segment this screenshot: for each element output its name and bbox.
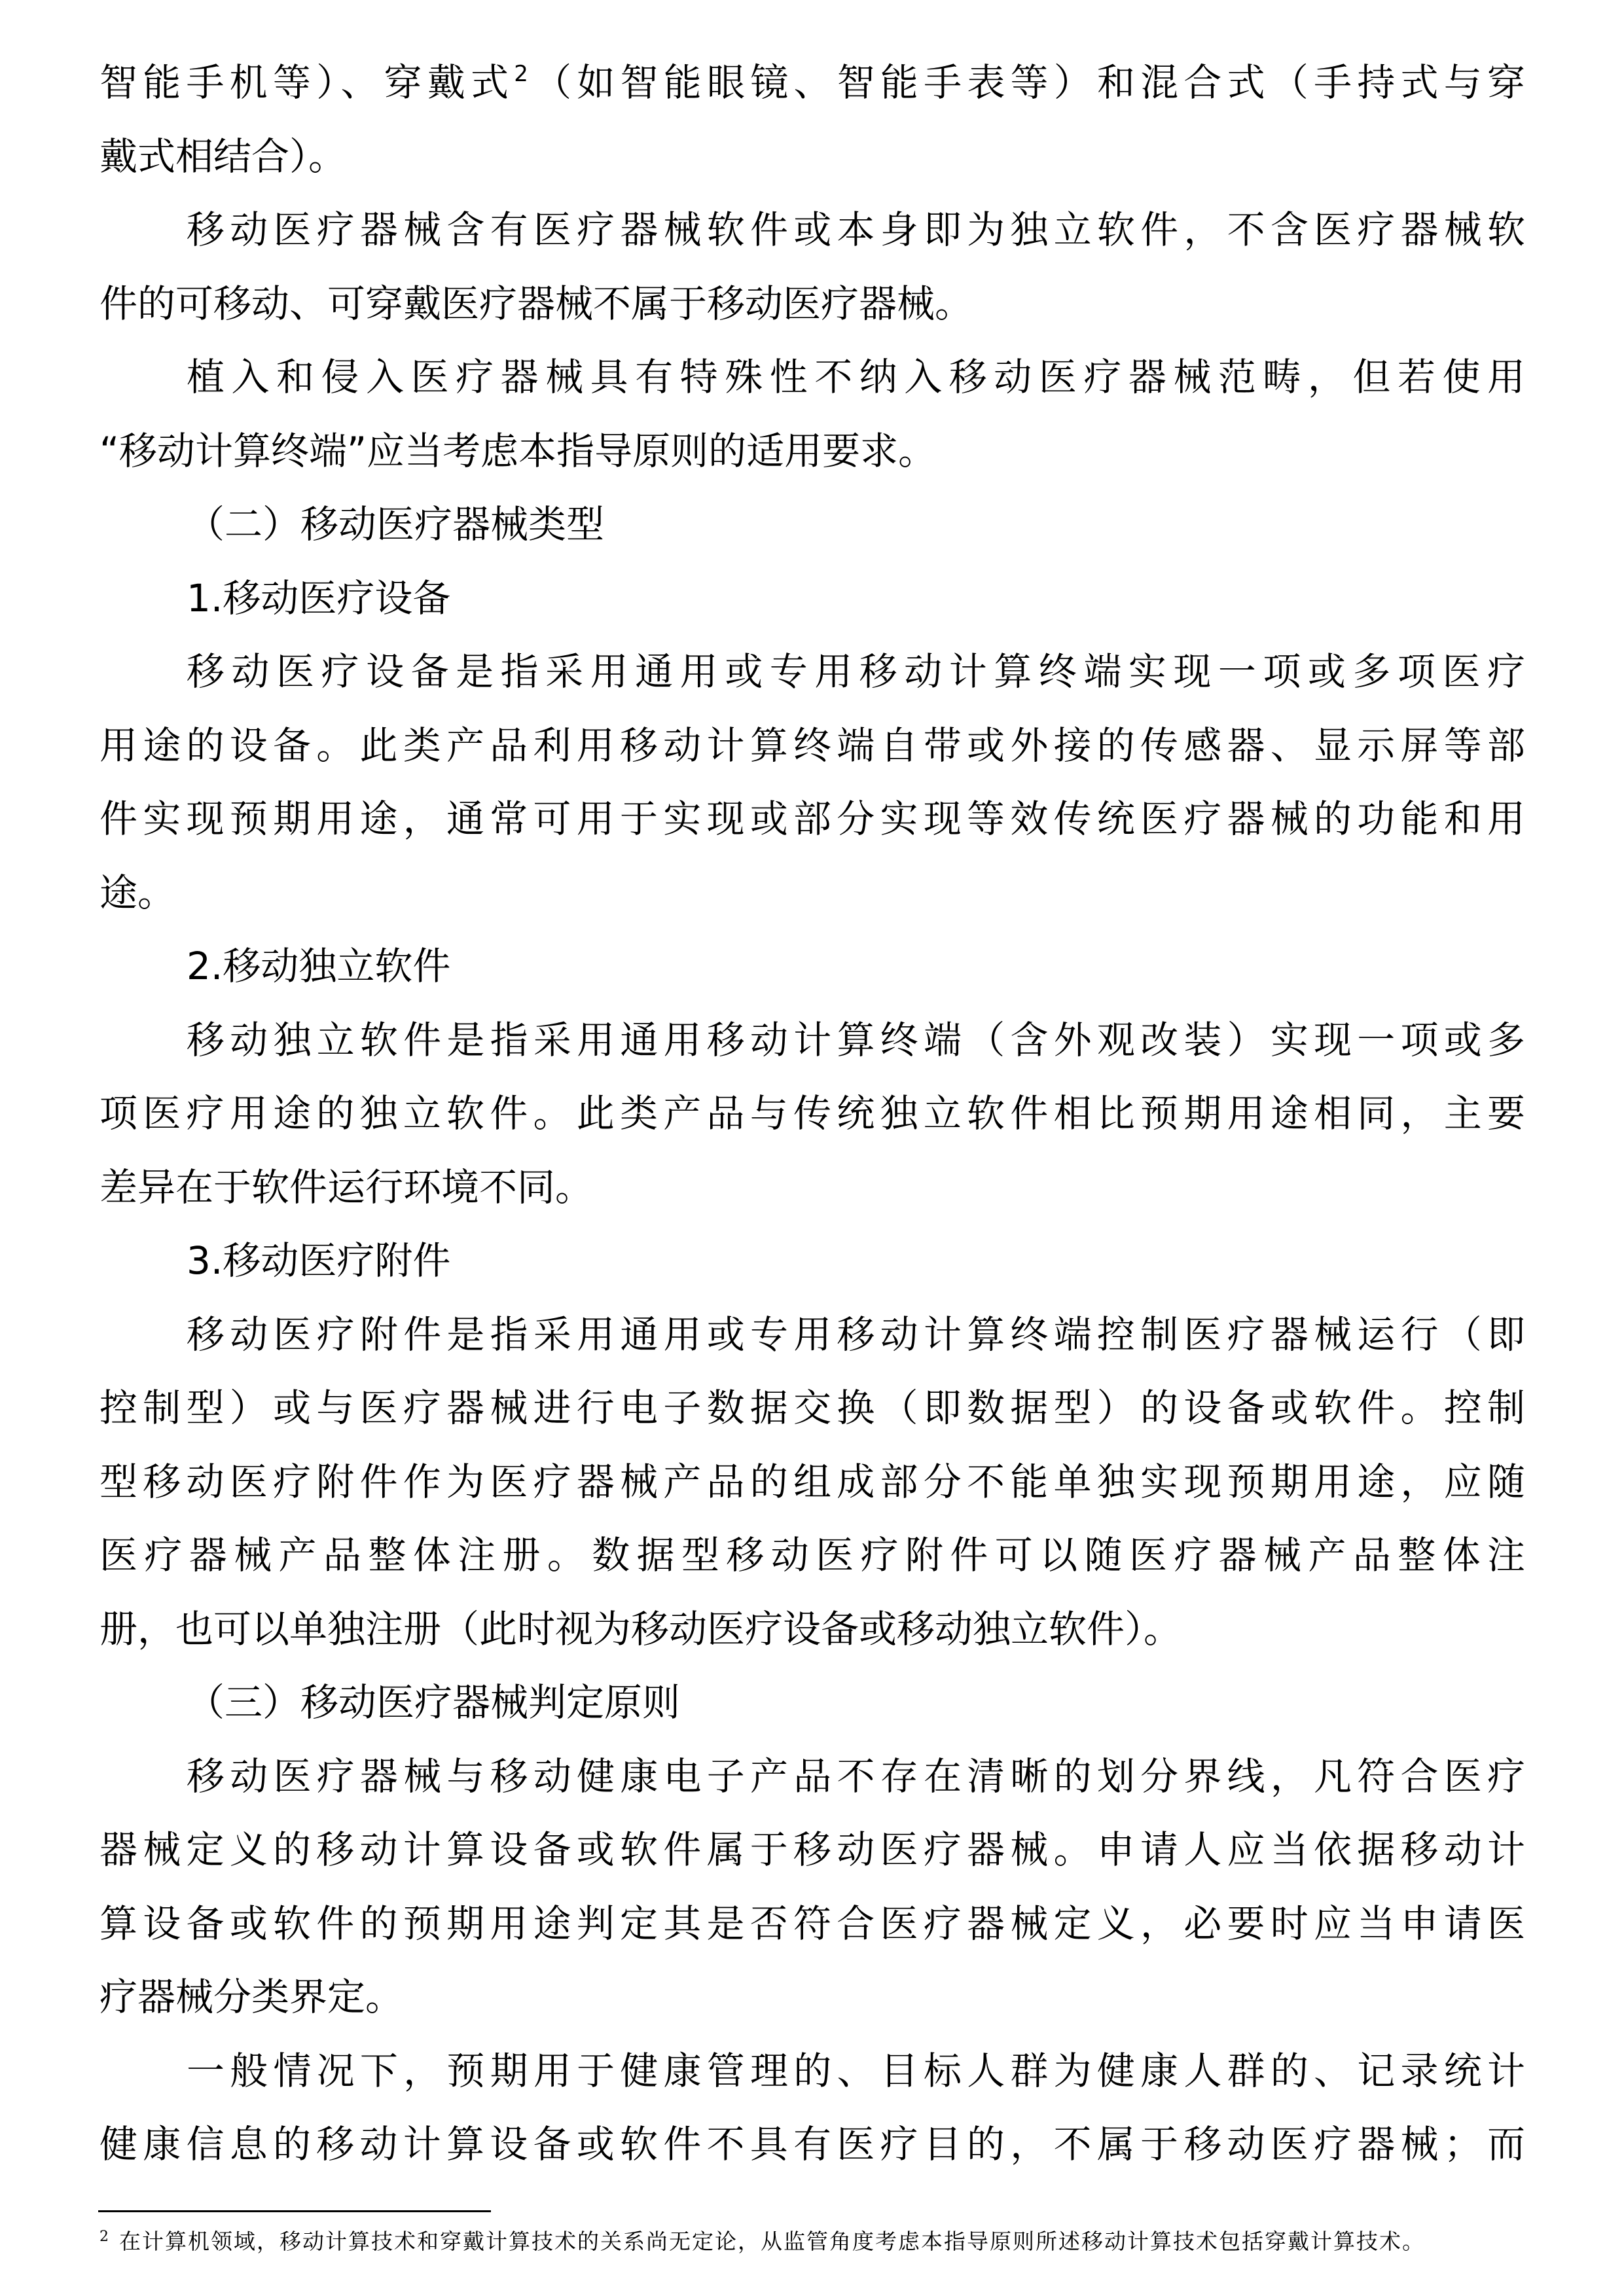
text-line: 控制型）或与医疗器械进行电子数据交换（即数据型）的设备或软件。控制 [99,1371,1525,1445]
text-line: 用途的设备。此类产品利用移动计算终端自带或外接的传感器、显示屏等部 [99,709,1525,783]
body-text: 智能手机等）、穿戴式2（如智能眼镜、智能手表等）和混合式（手持式与穿 戴式相结合… [99,46,1525,2181]
footnote-separator [98,2210,491,2212]
text-line: 件实现预期用途，通常可用于实现或部分实现等效传统医疗器械的功能和用 [99,782,1525,856]
text-segment: （如智能眼镜、智能手表等）和混合式（手持式与穿 [528,60,1525,105]
paragraph-start-line: 移动医疗器械与移动健康电子产品不存在清晰的划分界线，凡符合医疗 [99,1740,1525,1814]
text-line: 器械定义的移动计算设备或软件属于移动医疗器械。申请人应当依据移动计 [99,1813,1525,1887]
text-line: 型移动医疗附件作为医疗器械产品的组成部分不能单独实现预期用途，应随 [99,1445,1525,1519]
footnote-marker: 2 [99,2229,110,2245]
text-line: 健康信息的移动计算设备或软件不具有医疗目的，不属于移动医疗器械；而 [99,2108,1525,2181]
text-line: 戴式相结合）。 [99,120,1525,194]
document-page: 智能手机等）、穿戴式2（如智能眼镜、智能手表等）和混合式（手持式与穿 戴式相结合… [0,0,1624,2296]
paragraph-start-line: 移动医疗附件是指采用通用或专用移动计算终端控制医疗器械运行（即 [99,1298,1525,1372]
footnote: 2在计算机领域，移动计算技术和穿戴计算技术的关系尚无定论，从监管角度考虑本指导原… [99,2225,1540,2258]
text-line: 疗器械分类界定。 [99,1960,1525,2034]
text-line: 项医疗用途的独立软件。此类产品与传统独立软件相比预期用途相同，主要 [99,1077,1525,1151]
text-line: 途。 [99,856,1525,930]
paragraph-start-line: 移动医疗设备是指采用通用或专用移动计算终端实现一项或多项医疗 [99,635,1525,709]
subsection-heading: 2.移动独立软件 [99,929,1525,1003]
paragraph-start-line: 移动独立软件是指采用通用移动计算终端（含外观改装）实现一项或多 [99,1003,1525,1077]
paragraph-start-line: 移动医疗器械含有医疗器械软件或本身即为独立软件，不含医疗器械软 [99,193,1525,267]
text-segment: 智能手机等）、穿戴式 [99,60,514,105]
text-line: 智能手机等）、穿戴式2（如智能眼镜、智能手表等）和混合式（手持式与穿 [99,46,1525,120]
text-line: 册，也可以单独注册（此时视为移动医疗设备或移动独立软件）。 [99,1592,1525,1666]
paragraph-start-line: 植入和侵入医疗器械具有特殊性不纳入移动医疗器械范畴，但若使用 [99,340,1525,414]
subsection-heading: 1.移动医疗设备 [99,562,1525,636]
text-line: 算设备或软件的预期用途判定其是否符合医疗器械定义，必要时应当申请医 [99,1887,1525,1961]
text-line: 医疗器械产品整体注册。数据型移动医疗附件可以随医疗器械产品整体注 [99,1518,1525,1592]
paragraph-start-line: 一般情况下，预期用于健康管理的、目标人群为健康人群的、记录统计 [99,2034,1525,2108]
subsection-heading: 3.移动医疗附件 [99,1224,1525,1298]
section-heading: （二）移动医疗器械类型 [99,488,1525,562]
footnote-text: 在计算机领域，移动计算技术和穿戴计算技术的关系尚无定论，从监管角度考虑本指导原则… [119,2229,1425,2254]
section-heading: （三）移动医疗器械判定原则 [99,1666,1525,1740]
footnote-reference[interactable]: 2 [514,61,528,87]
text-line: 差异在于软件运行环境不同。 [99,1151,1525,1225]
text-line: “移动计算终端”应当考虑本指导原则的适用要求。 [99,414,1525,488]
text-line: 件的可移动、可穿戴医疗器械不属于移动医疗器械。 [99,267,1525,341]
